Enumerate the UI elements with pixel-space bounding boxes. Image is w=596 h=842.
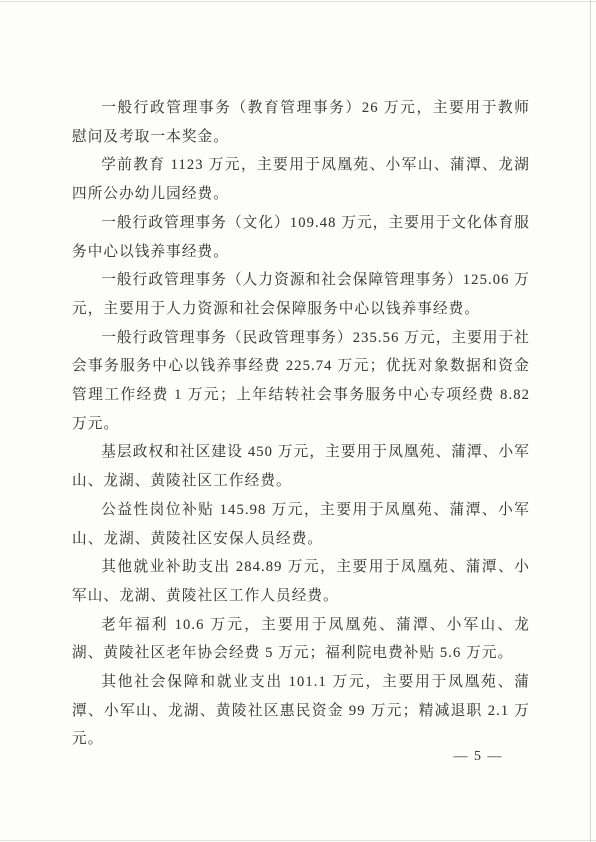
- document-page: 一般行政管理事务（教育管理事务）26 万元，主要用于教师慰问及考取一本奖金。 学…: [0, 0, 596, 842]
- paragraph-public-welfare-post-subsidy: 公益性岗位补贴 145.98 万元，主要用于凤凰苑、蒲潭、小军山、龙湖、黄陵社区…: [72, 496, 530, 553]
- paragraph-preschool-education: 学前教育 1123 万元，主要用于凤凰苑、小军山、蒲潭、龙湖四所公办幼儿园经费。: [72, 151, 530, 208]
- paragraph-elderly-welfare: 老年福利 10.6 万元，主要用于凤凰苑、蒲潭、小军山、龙湖、黄陵社区老年协会经…: [72, 611, 530, 668]
- scan-edge-right: [590, 0, 591, 842]
- document-body: 一般行政管理事务（教育管理事务）26 万元，主要用于教师慰问及考取一本奖金。 学…: [72, 94, 530, 754]
- paragraph-civil-affairs-admin: 一般行政管理事务（民政管理事务）235.56 万元，主要用于社会事务服务中心以钱…: [72, 324, 530, 439]
- paragraph-other-social-security-spending: 其他社会保障和就业支出 101.1 万元，主要用于凤凰苑、蒲潭、小军山、龙湖、黄…: [72, 668, 530, 754]
- paragraph-education-admin-affairs: 一般行政管理事务（教育管理事务）26 万元，主要用于教师慰问及考取一本奖金。: [72, 94, 530, 151]
- paragraph-culture-admin-affairs: 一般行政管理事务（文化）109.48 万元，主要用于文化体育服务中心以钱养事经费…: [72, 209, 530, 266]
- paragraph-other-employment-subsidy: 其他就业补助支出 284.89 万元，主要用于凤凰苑、蒲潭、小军山、龙湖、黄陵社…: [72, 553, 530, 610]
- page-number: — 5 —: [454, 749, 504, 765]
- scan-edge-bottom: [0, 840, 596, 841]
- scan-edge-top: [0, 1, 596, 2]
- paragraph-hr-social-security-admin: 一般行政管理事务（人力资源和社会保障管理事务）125.06 万元，主要用于人力资…: [72, 266, 530, 323]
- paragraph-community-construction: 基层政权和社区建设 450 万元，主要用于凤凰苑、蒲潭、小军山、龙湖、黄陵社区工…: [72, 438, 530, 495]
